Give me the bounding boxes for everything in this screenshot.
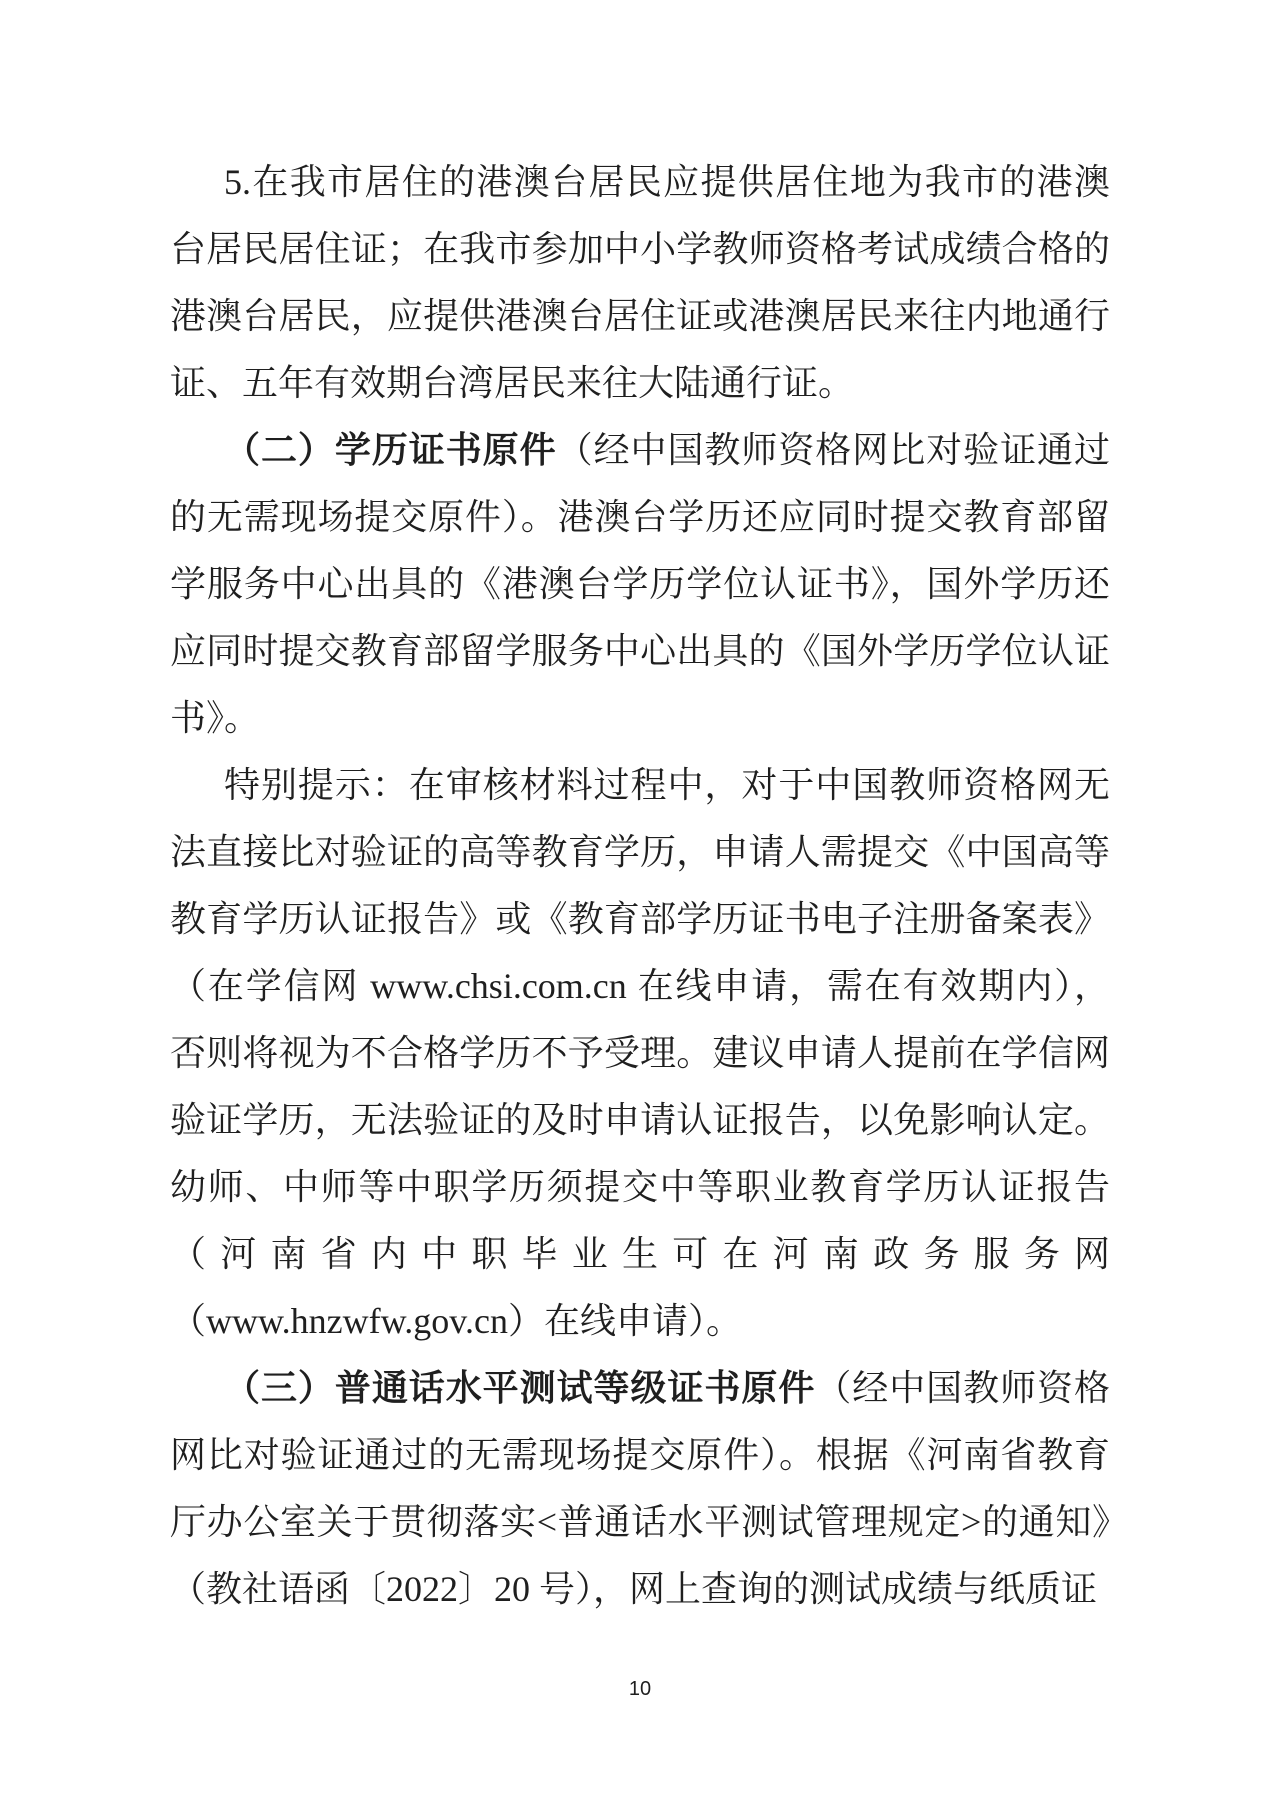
text-run: （经中国教师资格网比对验证通过的无需现场提交原件）。港澳台学历还应同时提交教育部… [170,430,1110,738]
page-footer: 10 [0,1678,1280,1701]
page-number: 10 [629,1678,651,1700]
text-run: 在线申请，需在有效期内），否则将视为不合格学历不予受理。建议申请人提前在学信网验… [170,966,1110,1341]
document-page: 5.在我市居住的港澳台居民应提供居住地为我市的港澳台居民居住证；在我市参加中小学… [0,0,1280,1810]
section-heading-3: （三）普通话水平测试等级证书原件 [224,1368,815,1408]
paragraph-special-note: 特别提示：在审核材料过程中，对于中国教师资格网无法直接比对验证的高等教育学历，申… [170,752,1110,1355]
text-run: ）在线申请）。 [508,1301,742,1341]
section-heading-2: （二）学历证书原件 [224,430,557,470]
url-text-hnzwfw: www.hnzwfw.gov.cn [206,1301,508,1341]
paragraph-putonghua-certificate: （三）普通话水平测试等级证书原件（经中国教师资格网比对验证通过的无需现场提交原件… [170,1355,1110,1623]
paragraph-diploma-original: （二）学历证书原件（经中国教师资格网比对验证通过的无需现场提交原件）。港澳台学历… [170,417,1110,752]
paragraph-residence-permit: 5.在我市居住的港澳台居民应提供居住地为我市的港澳台居民居住证；在我市参加中小学… [170,149,1110,417]
document-body-text: 5.在我市居住的港澳台居民应提供居住地为我市的港澳台居民居住证；在我市参加中小学… [170,149,1110,1623]
text-run: 5.在我市居住的港澳台居民应提供居住地为我市的港澳台居民居住证；在我市参加中小学… [170,162,1110,403]
url-text-chsi: www.chsi.com.cn [370,966,627,1006]
